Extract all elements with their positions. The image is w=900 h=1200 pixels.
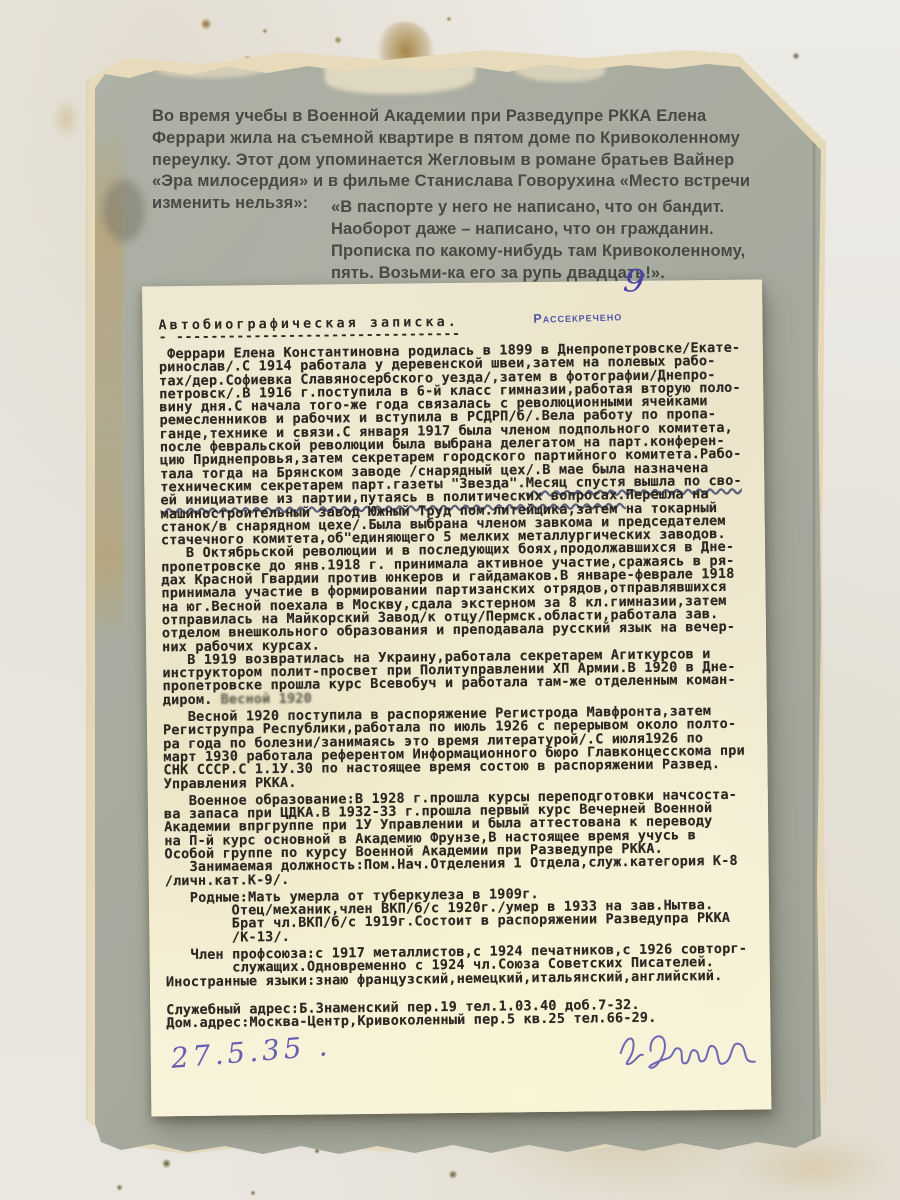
stain-spot: [448, 1170, 458, 1179]
stain-spot: [162, 1158, 171, 1169]
stain-spot: [250, 1190, 256, 1196]
typewritten-document: Рассекречено 9 Автобиографическая записк…: [142, 279, 771, 1116]
typewriter-text: диром.: [163, 691, 213, 708]
quote-line: Прописка по какому-нибудь там Кривоколен…: [331, 241, 745, 263]
scanned-book-page: Во время учебы в Военной Академии при Ра…: [0, 0, 900, 1200]
handwritten-signature: [612, 1022, 763, 1084]
handwritten-page-number: 9: [622, 264, 647, 299]
stain-spot: [52, 98, 80, 140]
stain-spot: [262, 28, 268, 34]
stain-spot: [446, 16, 452, 22]
stain-spot: [200, 18, 212, 30]
stain-spot: [334, 36, 342, 44]
quote-line: Наоборот даже – написано, что он граждан…: [331, 219, 745, 241]
intro-line: «Эра милосердия» и в фильме Станислава Г…: [152, 171, 750, 193]
stain-spot: [103, 180, 145, 242]
quote-line: «В паспорте у него не написано, что он б…: [331, 197, 745, 219]
movie-quote: «В паспорте у него не написано, что он б…: [331, 197, 745, 285]
intro-line: Во время учебы в Военной Академии при Ра…: [152, 106, 750, 128]
declassified-stamp: Рассекречено: [533, 310, 622, 326]
handwritten-date: 27.5.35 .: [170, 1031, 333, 1074]
intro-line: переулку. Этот дом упоминается Жегловым …: [152, 150, 750, 172]
stain-spot: [116, 1184, 123, 1191]
paper-crease: [813, 64, 815, 1145]
intro-line: Феррари жила на съемной квартире в пятом…: [152, 128, 750, 150]
stain-spot: [792, 52, 800, 60]
smudged-text: Весной 1920: [220, 690, 312, 707]
